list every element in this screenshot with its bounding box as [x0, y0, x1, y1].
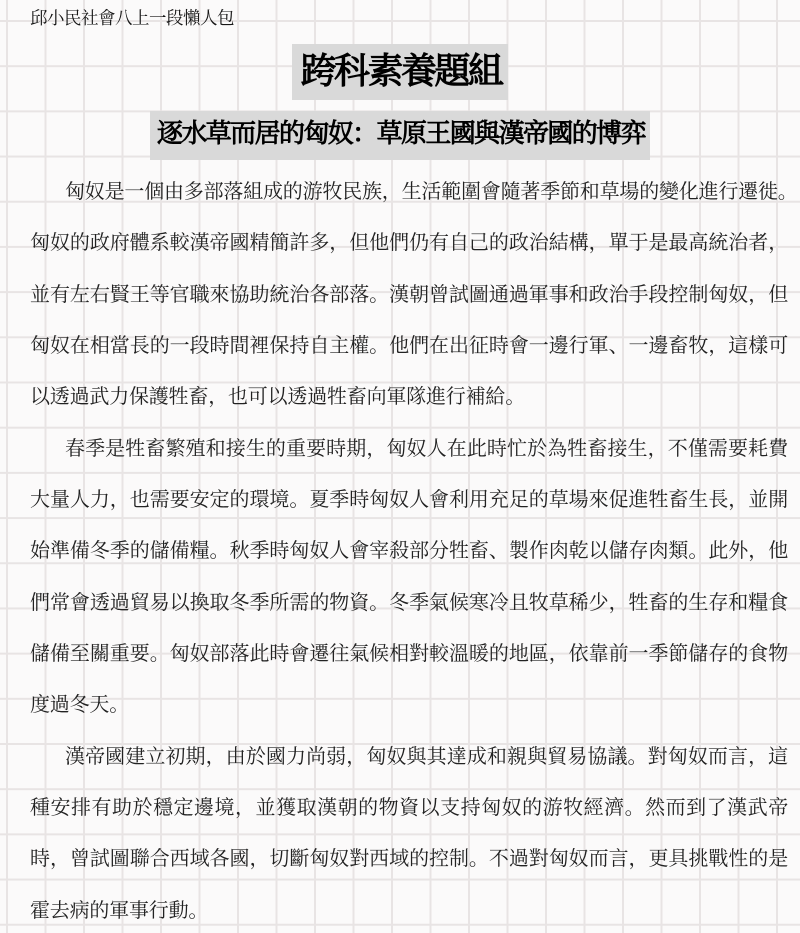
text-line: 匈奴在相當長的一段時間裡保持自主權。他們在出征時會一邊行軍、一邊畜牧，這樣可 — [30, 321, 788, 372]
text-line: 始準備冬季的儲備糧。秋季時匈奴人會宰殺部分牲畜、製作肉乾以儲存肉類。此外，他 — [30, 526, 788, 577]
text-line: 度過冬天。 — [30, 680, 788, 731]
worksheet-page: 邱小民社會八上一段懶人包 跨科素養題組 逐水草而居的匈奴：草原王國與漢帝國的博弈… — [0, 0, 800, 933]
page: { "page": { "header_note": "邱小民社會八上一段懶人包… — [0, 0, 800, 933]
page-subtitle: 逐水草而居的匈奴：草原王國與漢帝國的博弈 — [150, 111, 650, 160]
text-line: 漢帝國建立初期，由於國力尚弱，匈奴與其達成和親與貿易協議。對匈奴而言，這 — [30, 732, 788, 783]
text-line: 霍去病的軍事行動。 — [30, 886, 788, 933]
subtitle-row: 逐水草而居的匈奴：草原王國與漢帝國的博弈 — [0, 111, 800, 160]
text-line: 並有左右賢王等官職來協助統治各部落。漢朝曾試圖通過軍事和政治手段控制匈奴，但 — [30, 270, 788, 321]
document-body: 匈奴是一個由多部落組成的游牧民族，生活範圍會隨著季節和草場的變化進行遷徙。匈奴的… — [30, 167, 788, 933]
text-line: 匈奴是一個由多部落組成的游牧民族，生活範圍會隨著季節和草場的變化進行遷徙。 — [30, 167, 788, 218]
text-line: 時，曾試圖聯合西域各國，切斷匈奴對西域的控制。不過對匈奴而言，更具挑戰性的是 — [30, 834, 788, 885]
text-line: 匈奴的政府體系較漢帝國精簡許多，但他們仍有自己的政治結構，單于是最高統治者， — [30, 218, 788, 269]
text-line: 儲備至關重要。匈奴部落此時會遷往氣候相對較溫暖的地區，依靠前一季節儲存的食物 — [30, 629, 788, 680]
page-title: 跨科素養題組 — [292, 44, 507, 100]
text-line: 以透過武力保護牲畜，也可以透過牲畜向軍隊進行補給。 — [30, 372, 788, 423]
text-line: 春季是牲畜繁殖和接生的重要時期，匈奴人在此時忙於為牲畜接生，不僅需要耗費 — [30, 424, 788, 475]
text-line: 們常會透過貿易以換取冬季所需的物資。冬季氣候寒冷且牧草稀少，牲畜的生存和糧食 — [30, 578, 788, 629]
header-note: 邱小民社會八上一段懶人包 — [30, 5, 234, 30]
title-row: 跨科素養題組 — [0, 44, 800, 100]
text-line: 種安排有助於穩定邊境，並獲取漢朝的物資以支持匈奴的游牧經濟。然而到了漢武帝 — [30, 783, 788, 834]
text-line: 大量人力，也需要安定的環境。夏季時匈奴人會利用充足的草場來促進牲畜生長，並開 — [30, 475, 788, 526]
